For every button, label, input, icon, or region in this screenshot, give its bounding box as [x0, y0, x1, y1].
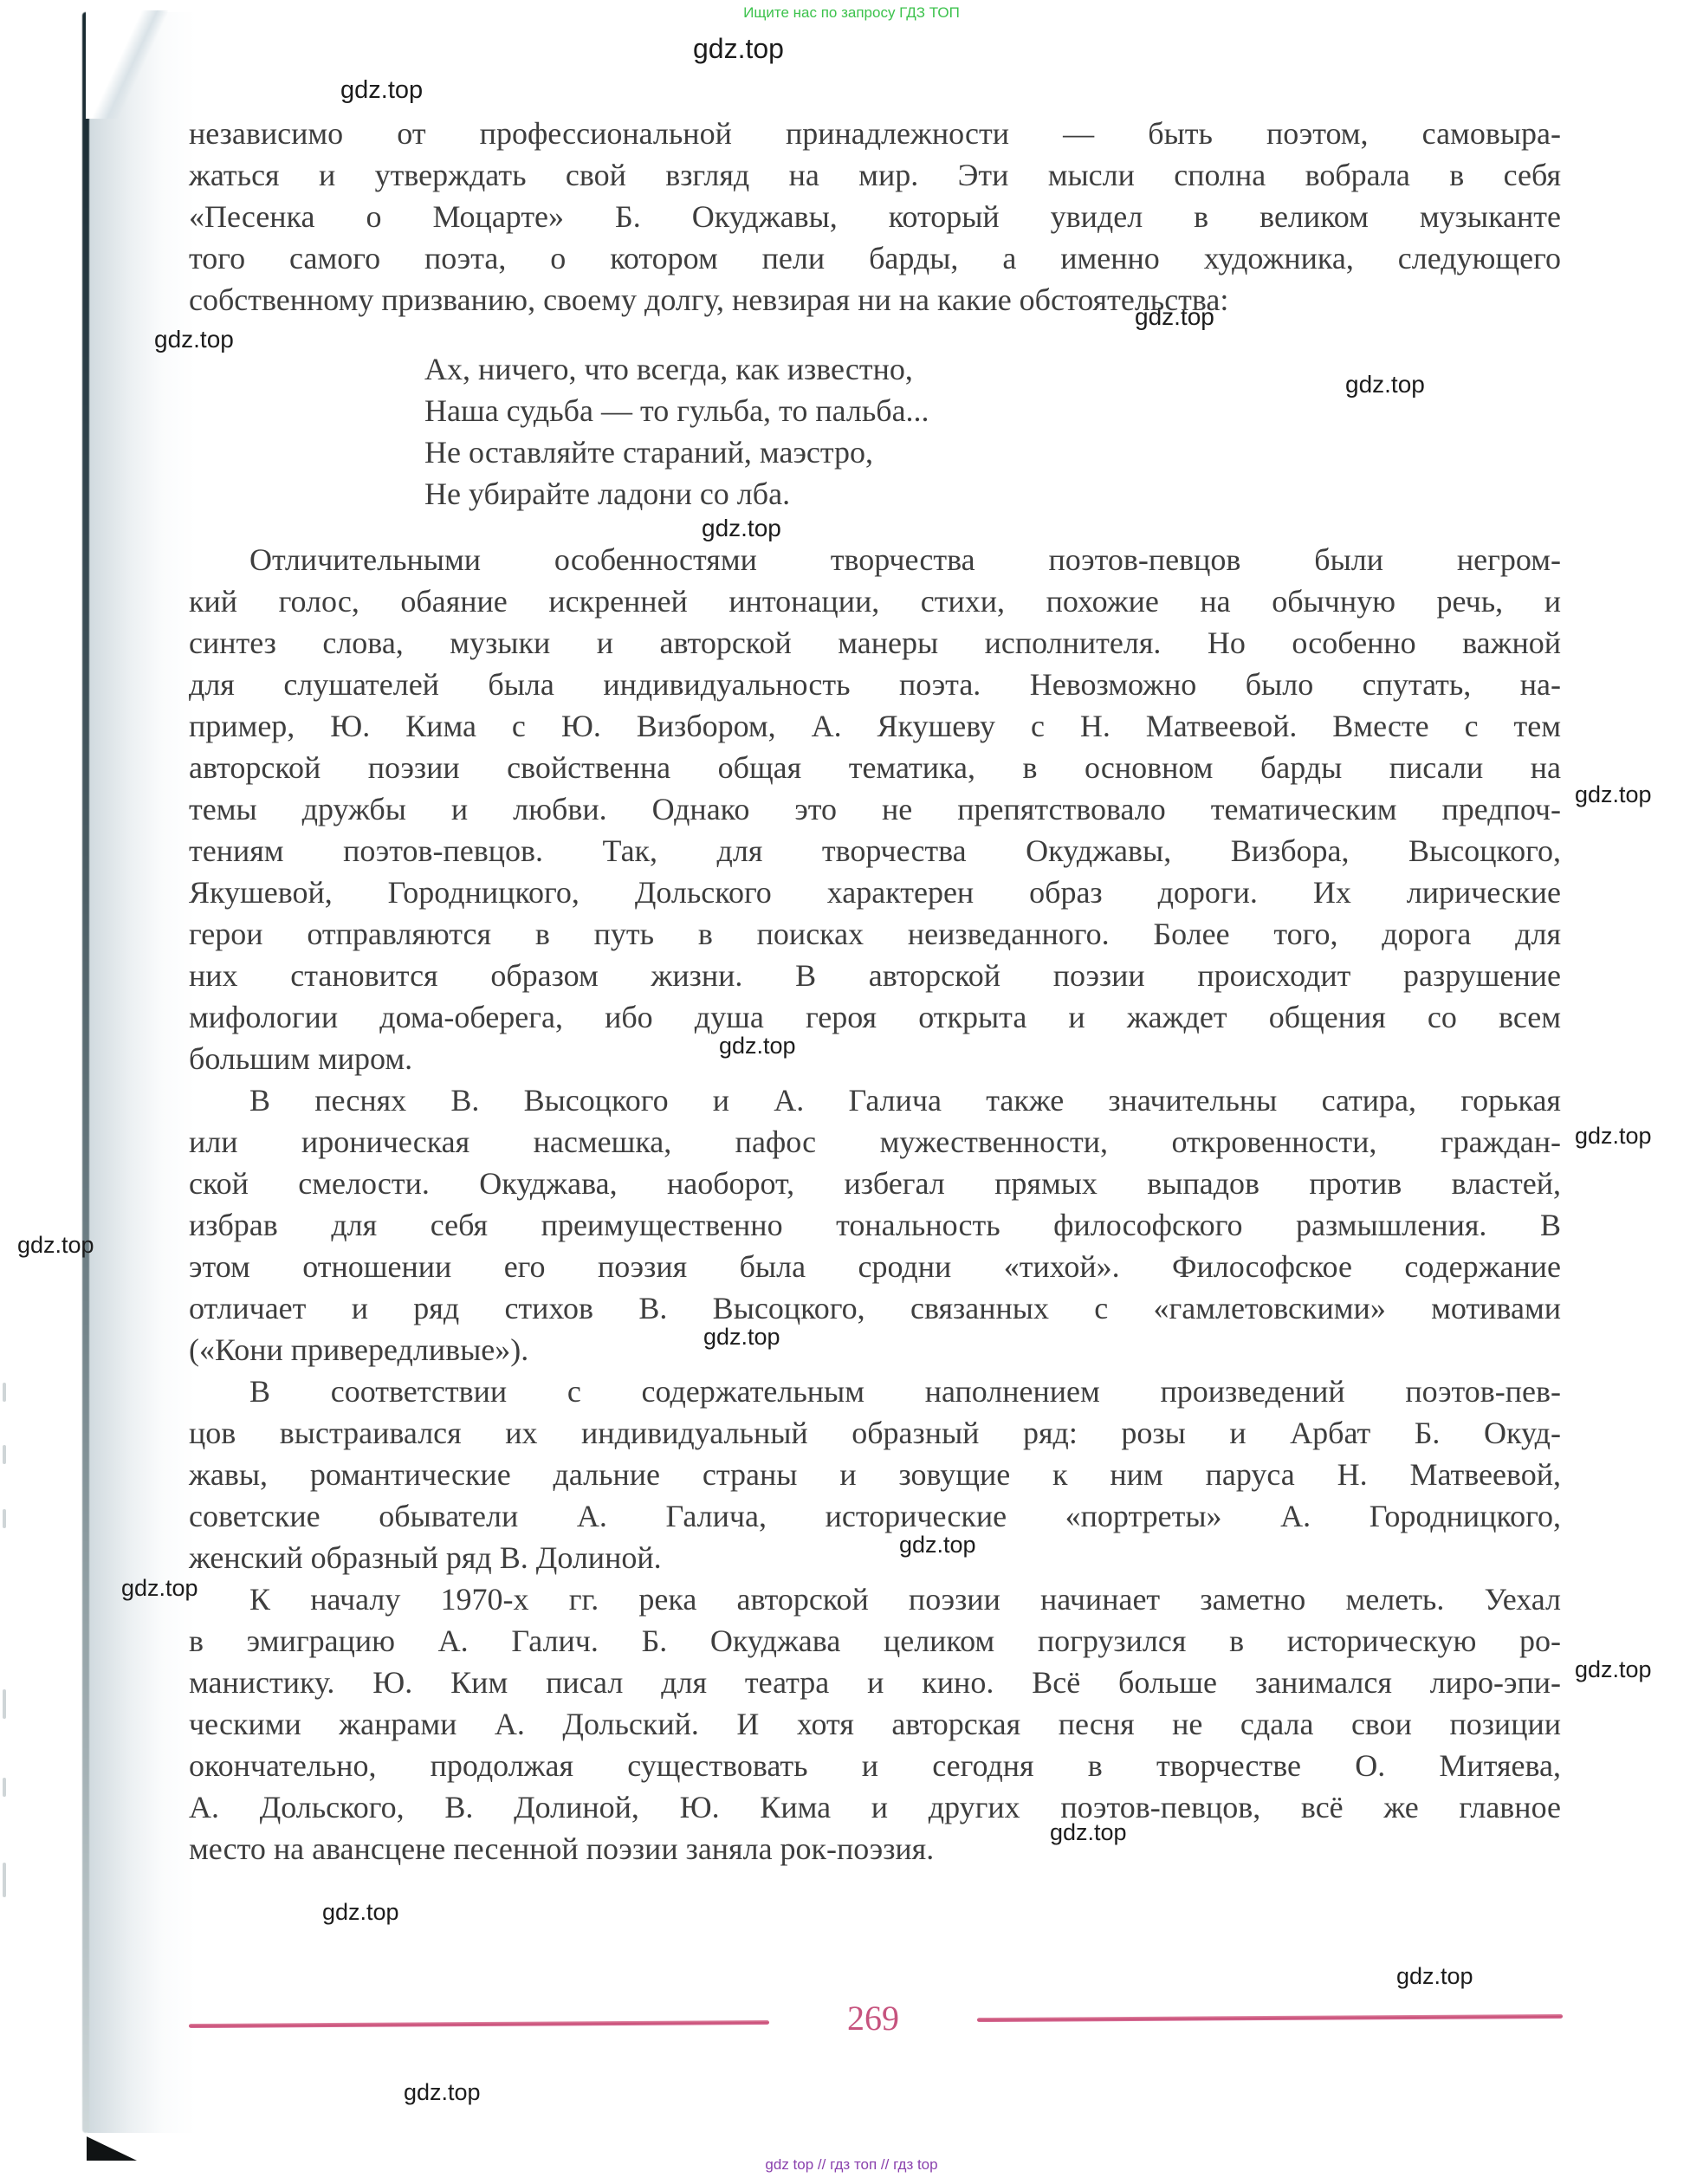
paragraph: К началу 1970-х гг. река авторской поэзи…	[189, 1578, 1561, 1870]
text-line: Не оставляйте стараний, маэстро,	[424, 431, 1048, 473]
verse-block: Ах, ничего, что всегда, как известно,Наш…	[424, 348, 1048, 515]
bleed-mark	[3, 1509, 6, 1528]
gdz-watermark: gdz.top	[1575, 1123, 1652, 1150]
text-line: герои отправляются в путь в поисках неиз…	[189, 913, 1561, 955]
text-layer: независимо от профессиональной принадлеж…	[189, 0, 1561, 2184]
page-number: 269	[842, 1998, 904, 2038]
text-line: цов выстраивался их индивидуальный образ…	[189, 1412, 1561, 1454]
text-line: ской смелости. Окуджава, наоборот, избег…	[189, 1163, 1561, 1204]
text-line: жавы, романтические дальние страны и зов…	[189, 1454, 1561, 1495]
gdz-watermark: gdz.top	[17, 1232, 94, 1259]
text-line: кий голос, обаяние искренней интонации, …	[189, 580, 1561, 622]
text-line: тениям поэтов-певцов. Так, для творчеств…	[189, 830, 1561, 872]
text-line: авторской поэзии свойственна общая темат…	[189, 747, 1561, 788]
text-line: избрав для себя преимущественно тонально…	[189, 1204, 1561, 1246]
promo-footer: gdz top // гдз топ // гдз top	[765, 2156, 937, 2174]
text-line: В песнях В. Высоцкого и А. Галича также …	[189, 1079, 1561, 1121]
text-line: или ироническая насмешка, пафос мужестве…	[189, 1121, 1561, 1163]
text-line: большим миром.	[189, 1038, 1561, 1079]
text-line: женский образный ряд В. Долиной.	[189, 1537, 1561, 1578]
text-line: «Песенка о Моцарте» Б. Окуджавы, который…	[189, 196, 1561, 237]
text-line: Отличительными особенностями творчества …	[189, 539, 1561, 580]
text-line: синтез слова, музыки и авторской манеры …	[189, 622, 1561, 664]
bleed-mark	[3, 1863, 6, 1897]
text-line: для слушателей была индивидуальность поэ…	[189, 664, 1561, 705]
gdz-watermark: gdz.top	[1575, 1656, 1652, 1683]
text-line: А. Дольского, В. Долиной, Ю. Кима и друг…	[189, 1786, 1561, 1828]
text-line: («Кони привередливые»).	[189, 1329, 1561, 1371]
text-line: этом отношении его поэзия была сродни «т…	[189, 1246, 1561, 1287]
page-edge-line	[82, 12, 89, 2133]
text-line: В соответствии с содержательным наполнен…	[189, 1371, 1561, 1412]
gdz-watermark: gdz.top	[121, 1575, 198, 1602]
text-line: К началу 1970-х гг. река авторской поэзи…	[189, 1578, 1561, 1620]
text-line: место на авансцене песенной поэзии занял…	[189, 1828, 1561, 1870]
text-line: отличает и ряд стихов В. Высоцкого, связ…	[189, 1287, 1561, 1329]
text-line: советские обыватели А. Галича, историчес…	[189, 1495, 1561, 1537]
text-line: в эмиграцию А. Галич. Б. Окуджава целико…	[189, 1620, 1561, 1662]
text-line: манистику. Ю. Ким писал для театра и кин…	[189, 1662, 1561, 1703]
text-line: темы дружбы и любви. Однако это не препя…	[189, 788, 1561, 830]
text-line: Не убирайте ладони со лба.	[424, 473, 1048, 515]
gdz-watermark: gdz.top	[1575, 781, 1652, 808]
text-line: мифологии дома-оберега, ибо душа героя о…	[189, 996, 1561, 1038]
text-line: того самого поэта, о котором пели барды,…	[189, 237, 1561, 279]
page-curl	[86, 10, 168, 119]
paragraph: независимо от профессиональной принадлеж…	[189, 113, 1561, 321]
text-line: пример, Ю. Кима с Ю. Визбором, А. Якушев…	[189, 705, 1561, 747]
text-line: них становится образом жизни. В авторско…	[189, 955, 1561, 996]
text-line: собственному призванию, своему долгу, не…	[189, 279, 1561, 321]
paragraph: В песнях В. Высоцкого и А. Галича также …	[189, 1079, 1561, 1371]
bleed-mark	[3, 1445, 6, 1464]
paragraph: Отличительными особенностями творчества …	[189, 539, 1561, 1079]
text-line: жаться и утверждать свой взгляд на мир. …	[189, 154, 1561, 196]
text-line: независимо от профессиональной принадлеж…	[189, 113, 1561, 154]
bleed-mark	[3, 1778, 6, 1797]
text-line: Наша судьба — то гульба, то пальба...	[424, 390, 1048, 431]
corner-fold	[87, 2131, 137, 2161]
bleed-mark	[3, 1383, 6, 1402]
text-line: Ах, ничего, что всегда, как известно,	[424, 348, 1048, 390]
text-line: ческими жанрами А. Дольский. И хотя авто…	[189, 1703, 1561, 1745]
text-line: Якушевой, Городницкого, Дольского характ…	[189, 872, 1561, 913]
text-line: окончательно, продолжая существовать и с…	[189, 1745, 1561, 1786]
scanned-page: Ищите нас по запросу ГДЗ ТОП gdz.topgdz.…	[0, 0, 1703, 2184]
bleed-mark	[3, 1689, 6, 1719]
paragraph: В соответствии с содержательным наполнен…	[189, 1371, 1561, 1578]
